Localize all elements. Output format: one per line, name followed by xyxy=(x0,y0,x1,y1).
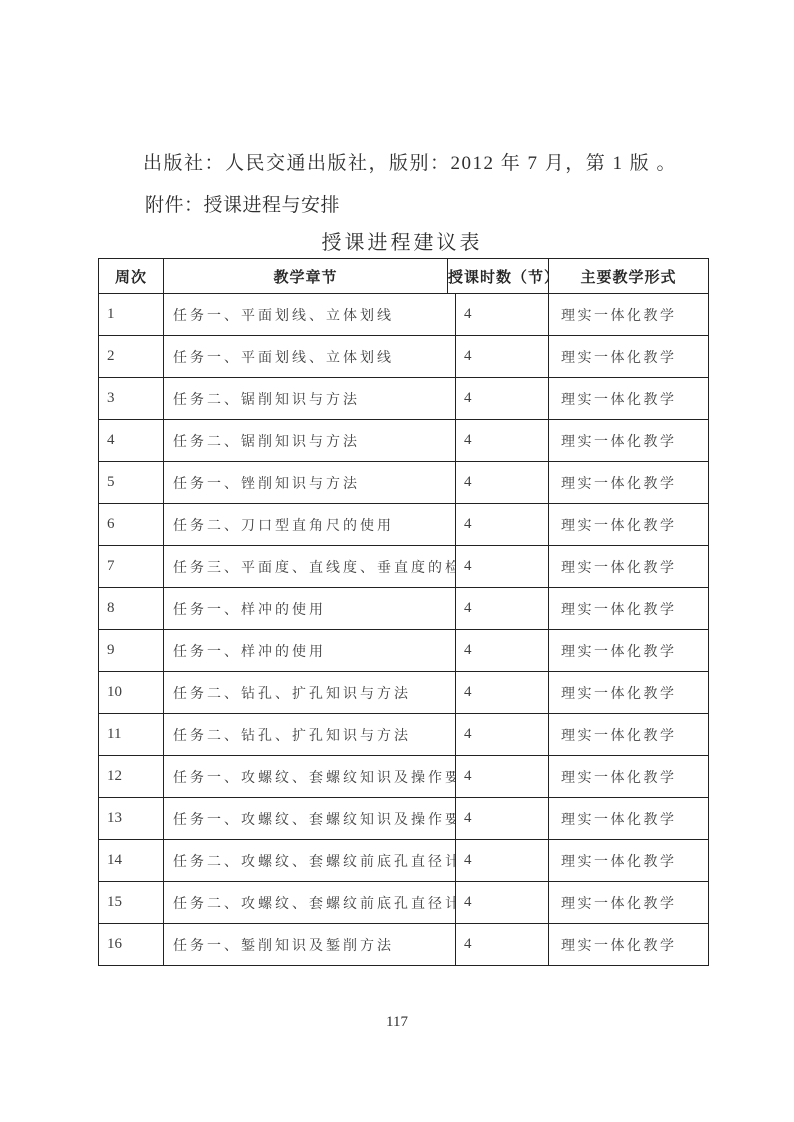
table-row: 13任务一、攻螺纹、套螺纹知识及操作要点4理实一体化教学 xyxy=(99,798,709,840)
schedule-table-body: 1任务一、平面划线、立体划线4理实一体化教学2任务一、平面划线、立体划线4理实一… xyxy=(98,294,709,966)
table-row: 7任务三、平面度、直线度、垂直度的检测4理实一体化教学 xyxy=(99,546,709,588)
format-cell: 理实一体化教学 xyxy=(549,588,709,630)
format-cell: 理实一体化教学 xyxy=(549,840,709,882)
format-cell: 理实一体化教学 xyxy=(549,546,709,588)
format-cell: 理实一体化教学 xyxy=(549,672,709,714)
week-cell: 9 xyxy=(99,630,164,672)
table-row: 5任务一、锉削知识与方法4理实一体化教学 xyxy=(99,462,709,504)
chapter-cell: 任务二、钻孔、扩孔知识与方法 xyxy=(164,714,456,756)
hours-cell: 4 xyxy=(456,882,549,924)
hours-cell: 4 xyxy=(456,798,549,840)
hours-cell: 4 xyxy=(456,924,549,966)
table-row: 6任务二、刀口型直角尺的使用4理实一体化教学 xyxy=(99,504,709,546)
week-cell: 11 xyxy=(99,714,164,756)
table-row: 8任务一、样冲的使用4理实一体化教学 xyxy=(99,588,709,630)
chapter-cell: 任务三、平面度、直线度、垂直度的检测 xyxy=(164,546,456,588)
hours-cell: 4 xyxy=(456,378,549,420)
format-cell: 理实一体化教学 xyxy=(549,294,709,336)
format-cell: 理实一体化教学 xyxy=(549,336,709,378)
table-title: 授课进程建议表 xyxy=(98,226,706,255)
format-cell: 理实一体化教学 xyxy=(549,504,709,546)
column-header-hours: 授课时数（节） xyxy=(448,259,549,294)
format-cell: 理实一体化教学 xyxy=(549,882,709,924)
format-cell: 理实一体化教学 xyxy=(549,924,709,966)
hours-cell: 4 xyxy=(456,756,549,798)
chapter-cell: 任务一、錾削知识及錾削方法 xyxy=(164,924,456,966)
table-row: 14任务二、攻螺纹、套螺纹前底孔直径计算4理实一体化教学 xyxy=(99,840,709,882)
format-cell: 理实一体化教学 xyxy=(549,378,709,420)
table-row: 16任务一、錾削知识及錾削方法4理实一体化教学 xyxy=(99,924,709,966)
chapter-cell: 任务一、平面划线、立体划线 xyxy=(164,294,456,336)
column-header-chapter: 教学章节 xyxy=(164,259,448,294)
header-row: 周次 教学章节 授课时数（节） 主要教学形式 xyxy=(99,259,709,294)
document-page: 出版社：人民交通出版社，版别：2012 年 7 月，第 1 版 。 附件：授课进… xyxy=(0,0,794,1122)
week-cell: 5 xyxy=(99,462,164,504)
column-header-week: 周次 xyxy=(99,259,164,294)
week-cell: 7 xyxy=(99,546,164,588)
chapter-cell: 任务二、刀口型直角尺的使用 xyxy=(164,504,456,546)
hours-cell: 4 xyxy=(456,672,549,714)
week-cell: 4 xyxy=(99,420,164,462)
publisher-line: 出版社：人民交通出版社，版别：2012 年 7 月，第 1 版 。 xyxy=(143,148,677,175)
week-cell: 6 xyxy=(99,504,164,546)
week-cell: 10 xyxy=(99,672,164,714)
chapter-cell: 任务二、攻螺纹、套螺纹前底孔直径计算 xyxy=(164,882,456,924)
table-row: 10任务二、钻孔、扩孔知识与方法4理实一体化教学 xyxy=(99,672,709,714)
chapter-cell: 任务二、攻螺纹、套螺纹前底孔直径计算 xyxy=(164,840,456,882)
table-row: 11任务二、钻孔、扩孔知识与方法4理实一体化教学 xyxy=(99,714,709,756)
table-row: 9任务一、样冲的使用4理实一体化教学 xyxy=(99,630,709,672)
table-row: 12任务一、攻螺纹、套螺纹知识及操作要点4理实一体化教学 xyxy=(99,756,709,798)
chapter-cell: 任务一、攻螺纹、套螺纹知识及操作要点 xyxy=(164,756,456,798)
chapter-cell: 任务二、锯削知识与方法 xyxy=(164,378,456,420)
week-cell: 16 xyxy=(99,924,164,966)
chapter-cell: 任务一、样冲的使用 xyxy=(164,630,456,672)
hours-cell: 4 xyxy=(456,630,549,672)
hours-cell: 4 xyxy=(456,504,549,546)
table-row: 1任务一、平面划线、立体划线4理实一体化教学 xyxy=(99,294,709,336)
table-row: 2任务一、平面划线、立体划线4理实一体化教学 xyxy=(99,336,709,378)
hours-cell: 4 xyxy=(456,714,549,756)
chapter-cell: 任务一、平面划线、立体划线 xyxy=(164,336,456,378)
schedule-table-header: 周次 教学章节 授课时数（节） 主要教学形式 xyxy=(98,258,709,294)
hours-cell: 4 xyxy=(456,588,549,630)
hours-cell: 4 xyxy=(456,462,549,504)
format-cell: 理实一体化教学 xyxy=(549,714,709,756)
format-cell: 理实一体化教学 xyxy=(549,630,709,672)
chapter-cell: 任务一、锉削知识与方法 xyxy=(164,462,456,504)
week-cell: 8 xyxy=(99,588,164,630)
week-cell: 15 xyxy=(99,882,164,924)
chapter-cell: 任务一、样冲的使用 xyxy=(164,588,456,630)
schedule-table: 周次 教学章节 授课时数（节） 主要教学形式 1任务一、平面划线、立体划线4理实… xyxy=(98,258,708,966)
page-number: 117 xyxy=(0,1014,794,1031)
week-cell: 14 xyxy=(99,840,164,882)
hours-cell: 4 xyxy=(456,840,549,882)
table-row: 15任务二、攻螺纹、套螺纹前底孔直径计算4理实一体化教学 xyxy=(99,882,709,924)
hours-cell: 4 xyxy=(456,420,549,462)
chapter-cell: 任务二、钻孔、扩孔知识与方法 xyxy=(164,672,456,714)
format-cell: 理实一体化教学 xyxy=(549,462,709,504)
week-cell: 13 xyxy=(99,798,164,840)
table-row: 4任务二、锯削知识与方法4理实一体化教学 xyxy=(99,420,709,462)
format-cell: 理实一体化教学 xyxy=(549,420,709,462)
hours-cell: 4 xyxy=(456,336,549,378)
week-cell: 3 xyxy=(99,378,164,420)
chapter-cell: 任务一、攻螺纹、套螺纹知识及操作要点 xyxy=(164,798,456,840)
attachment-line: 附件：授课进程与安排 xyxy=(145,190,340,217)
column-header-format: 主要教学形式 xyxy=(549,259,709,294)
week-cell: 1 xyxy=(99,294,164,336)
week-cell: 2 xyxy=(99,336,164,378)
table-row: 3任务二、锯削知识与方法4理实一体化教学 xyxy=(99,378,709,420)
hours-cell: 4 xyxy=(456,546,549,588)
format-cell: 理实一体化教学 xyxy=(549,798,709,840)
week-cell: 12 xyxy=(99,756,164,798)
chapter-cell: 任务二、锯削知识与方法 xyxy=(164,420,456,462)
hours-cell: 4 xyxy=(456,294,549,336)
format-cell: 理实一体化教学 xyxy=(549,756,709,798)
